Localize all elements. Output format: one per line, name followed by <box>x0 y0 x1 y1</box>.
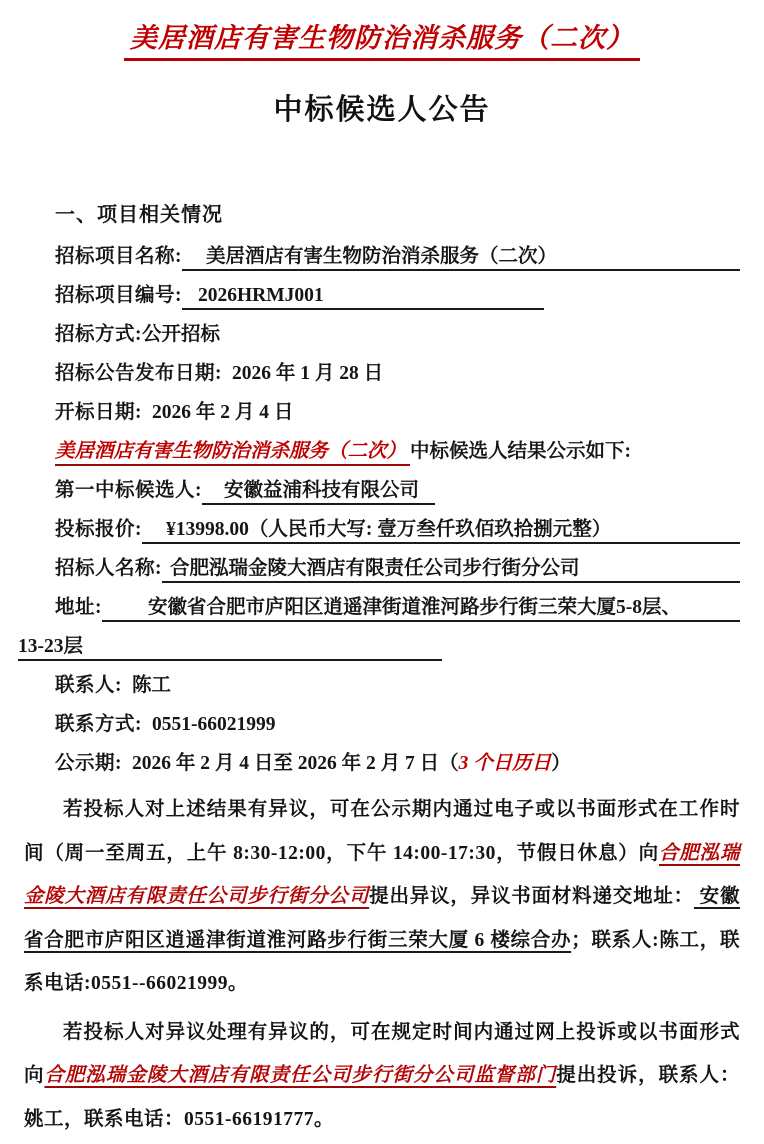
first-candidate-value: 安徽益浦科技有限公司 <box>202 474 435 505</box>
field-method: 招标方式: 公开招标 <box>24 318 740 357</box>
paragraph-complaint: 若投标人对异议处理有异议的，可在规定时间内通过网上投诉或以书面形式向合肥泓瑞金陵… <box>24 1011 740 1142</box>
project-name-value: 美居酒店有害生物防治消杀服务（二次） <box>182 240 740 271</box>
address-label: 地址: <box>55 591 102 619</box>
bid-price-label: 投标报价: <box>55 513 142 541</box>
result-intro-project-name: 美居酒店有害生物防治消杀服务（二次） <box>55 435 410 466</box>
announce-date-value: 2026 年 1 月 28 日 <box>222 357 383 385</box>
announce-date-label: 招标公告发布日期: <box>55 357 222 385</box>
complaint-department-name: 合肥泓瑞金陵大酒店有限责任公司步行街分公司监督部门 <box>44 1065 556 1086</box>
field-contact: 联系人: 陈工 <box>24 669 740 708</box>
document-page: 美居酒店有害生物防治消杀服务（二次） 中标候选人公告 一、项目相关情况 招标项目… <box>0 0 764 1144</box>
field-announce-date: 招标公告发布日期: 2026 年 1 月 28 日 <box>24 357 740 396</box>
open-date-label: 开标日期: <box>55 396 142 424</box>
field-publicity-period: 公示期: 2026 年 2 月 4 日至 2026 年 2 月 7 日（3 个日… <box>24 747 740 786</box>
field-tenderer: 招标人名称: 合肥泓瑞金陵大酒店有限责任公司步行街分公司 <box>24 552 740 591</box>
contact-value: 陈工 <box>122 669 171 697</box>
bid-price-value: ¥13998.00（人民币大写: 壹万叁仟玖佰玖拾捌元整） <box>142 513 740 544</box>
field-project-code: 招标项目编号: 2026HRMJ001 <box>24 279 740 318</box>
document-title: 美居酒店有害生物防治消杀服务（二次） <box>24 16 740 61</box>
result-intro-text: 中标候选人结果公示如下: <box>410 435 631 463</box>
address-continuation-row: 13-23层 <box>18 630 740 669</box>
phone-value: 0551-66021999 <box>142 714 276 736</box>
phone-label: 联系方式: <box>55 708 142 736</box>
tenderer-label: 招标人名称: <box>55 552 162 580</box>
address-value-line2: 13-23层 <box>18 630 442 661</box>
paragraph-block: 若投标人对上述结果有异议，可在公示期内通过电子或以书面形式在工作时间（周一至周五… <box>24 788 740 1141</box>
publicity-dates: 2026 年 2 月 4 日至 2026 年 2 月 7 日（ <box>132 753 459 774</box>
result-intro-line: 美居酒店有害生物防治消杀服务（二次） 中标候选人结果公示如下: <box>24 435 740 474</box>
field-list: 招标项目名称: 美居酒店有害生物防治消杀服务（二次） 招标项目编号: 2026H… <box>24 240 740 786</box>
field-first-candidate: 第一中标候选人: 安徽益浦科技有限公司 <box>24 474 740 513</box>
document-subtitle: 中标候选人公告 <box>24 87 740 128</box>
project-name-label: 招标项目名称: <box>55 240 182 268</box>
paragraph-objection: 若投标人对上述结果有异议，可在公示期内通过电子或以书面形式在工作时间（周一至周五… <box>24 788 740 1006</box>
open-date-value: 2026 年 2 月 4 日 <box>142 396 293 424</box>
field-address: 地址: 安徽省合肥市庐阳区逍遥津街道淮河路步行街三荣大厦5-8层、 <box>24 591 740 630</box>
publicity-close-paren: ） <box>551 753 571 774</box>
project-code-label: 招标项目编号: <box>55 279 182 307</box>
tenderer-value: 合肥泓瑞金陵大酒店有限责任公司步行街分公司 <box>162 552 740 583</box>
document-title-text: 美居酒店有害生物防治消杀服务（二次） <box>124 16 640 61</box>
publicity-period-label: 公示期: <box>55 747 122 775</box>
publicity-period-value: 2026 年 2 月 4 日至 2026 年 2 月 7 日（3 个日历日） <box>122 747 571 775</box>
method-value: 公开招标 <box>142 318 220 346</box>
project-code-value: 2026HRMJ001 <box>182 285 544 310</box>
address-value-line1: 安徽省合肥市庐阳区逍遥津街道淮河路步行街三荣大厦5-8层、 <box>102 591 740 622</box>
field-phone: 联系方式: 0551-66021999 <box>24 708 740 747</box>
objection-text-1: 若投标人对上述结果有异议，可在公示期内通过电子或以书面形式在工作时间（周一至周五… <box>24 799 740 864</box>
section-heading: 一、项目相关情况 <box>24 198 740 227</box>
field-open-date: 开标日期: 2026 年 2 月 4 日 <box>24 396 740 435</box>
field-bid-price: 投标报价: ¥13998.00（人民币大写: 壹万叁仟玖佰玖拾捌元整） <box>24 513 740 552</box>
publicity-duration: 3 个日历日 <box>459 753 552 774</box>
objection-text-2: 提出异议，异议书面材料递交地址： <box>369 886 694 907</box>
first-candidate-label: 第一中标候选人: <box>55 474 202 502</box>
method-label: 招标方式: <box>55 318 142 346</box>
field-project-name: 招标项目名称: 美居酒店有害生物防治消杀服务（二次） <box>24 240 740 279</box>
contact-label: 联系人: <box>55 669 122 697</box>
